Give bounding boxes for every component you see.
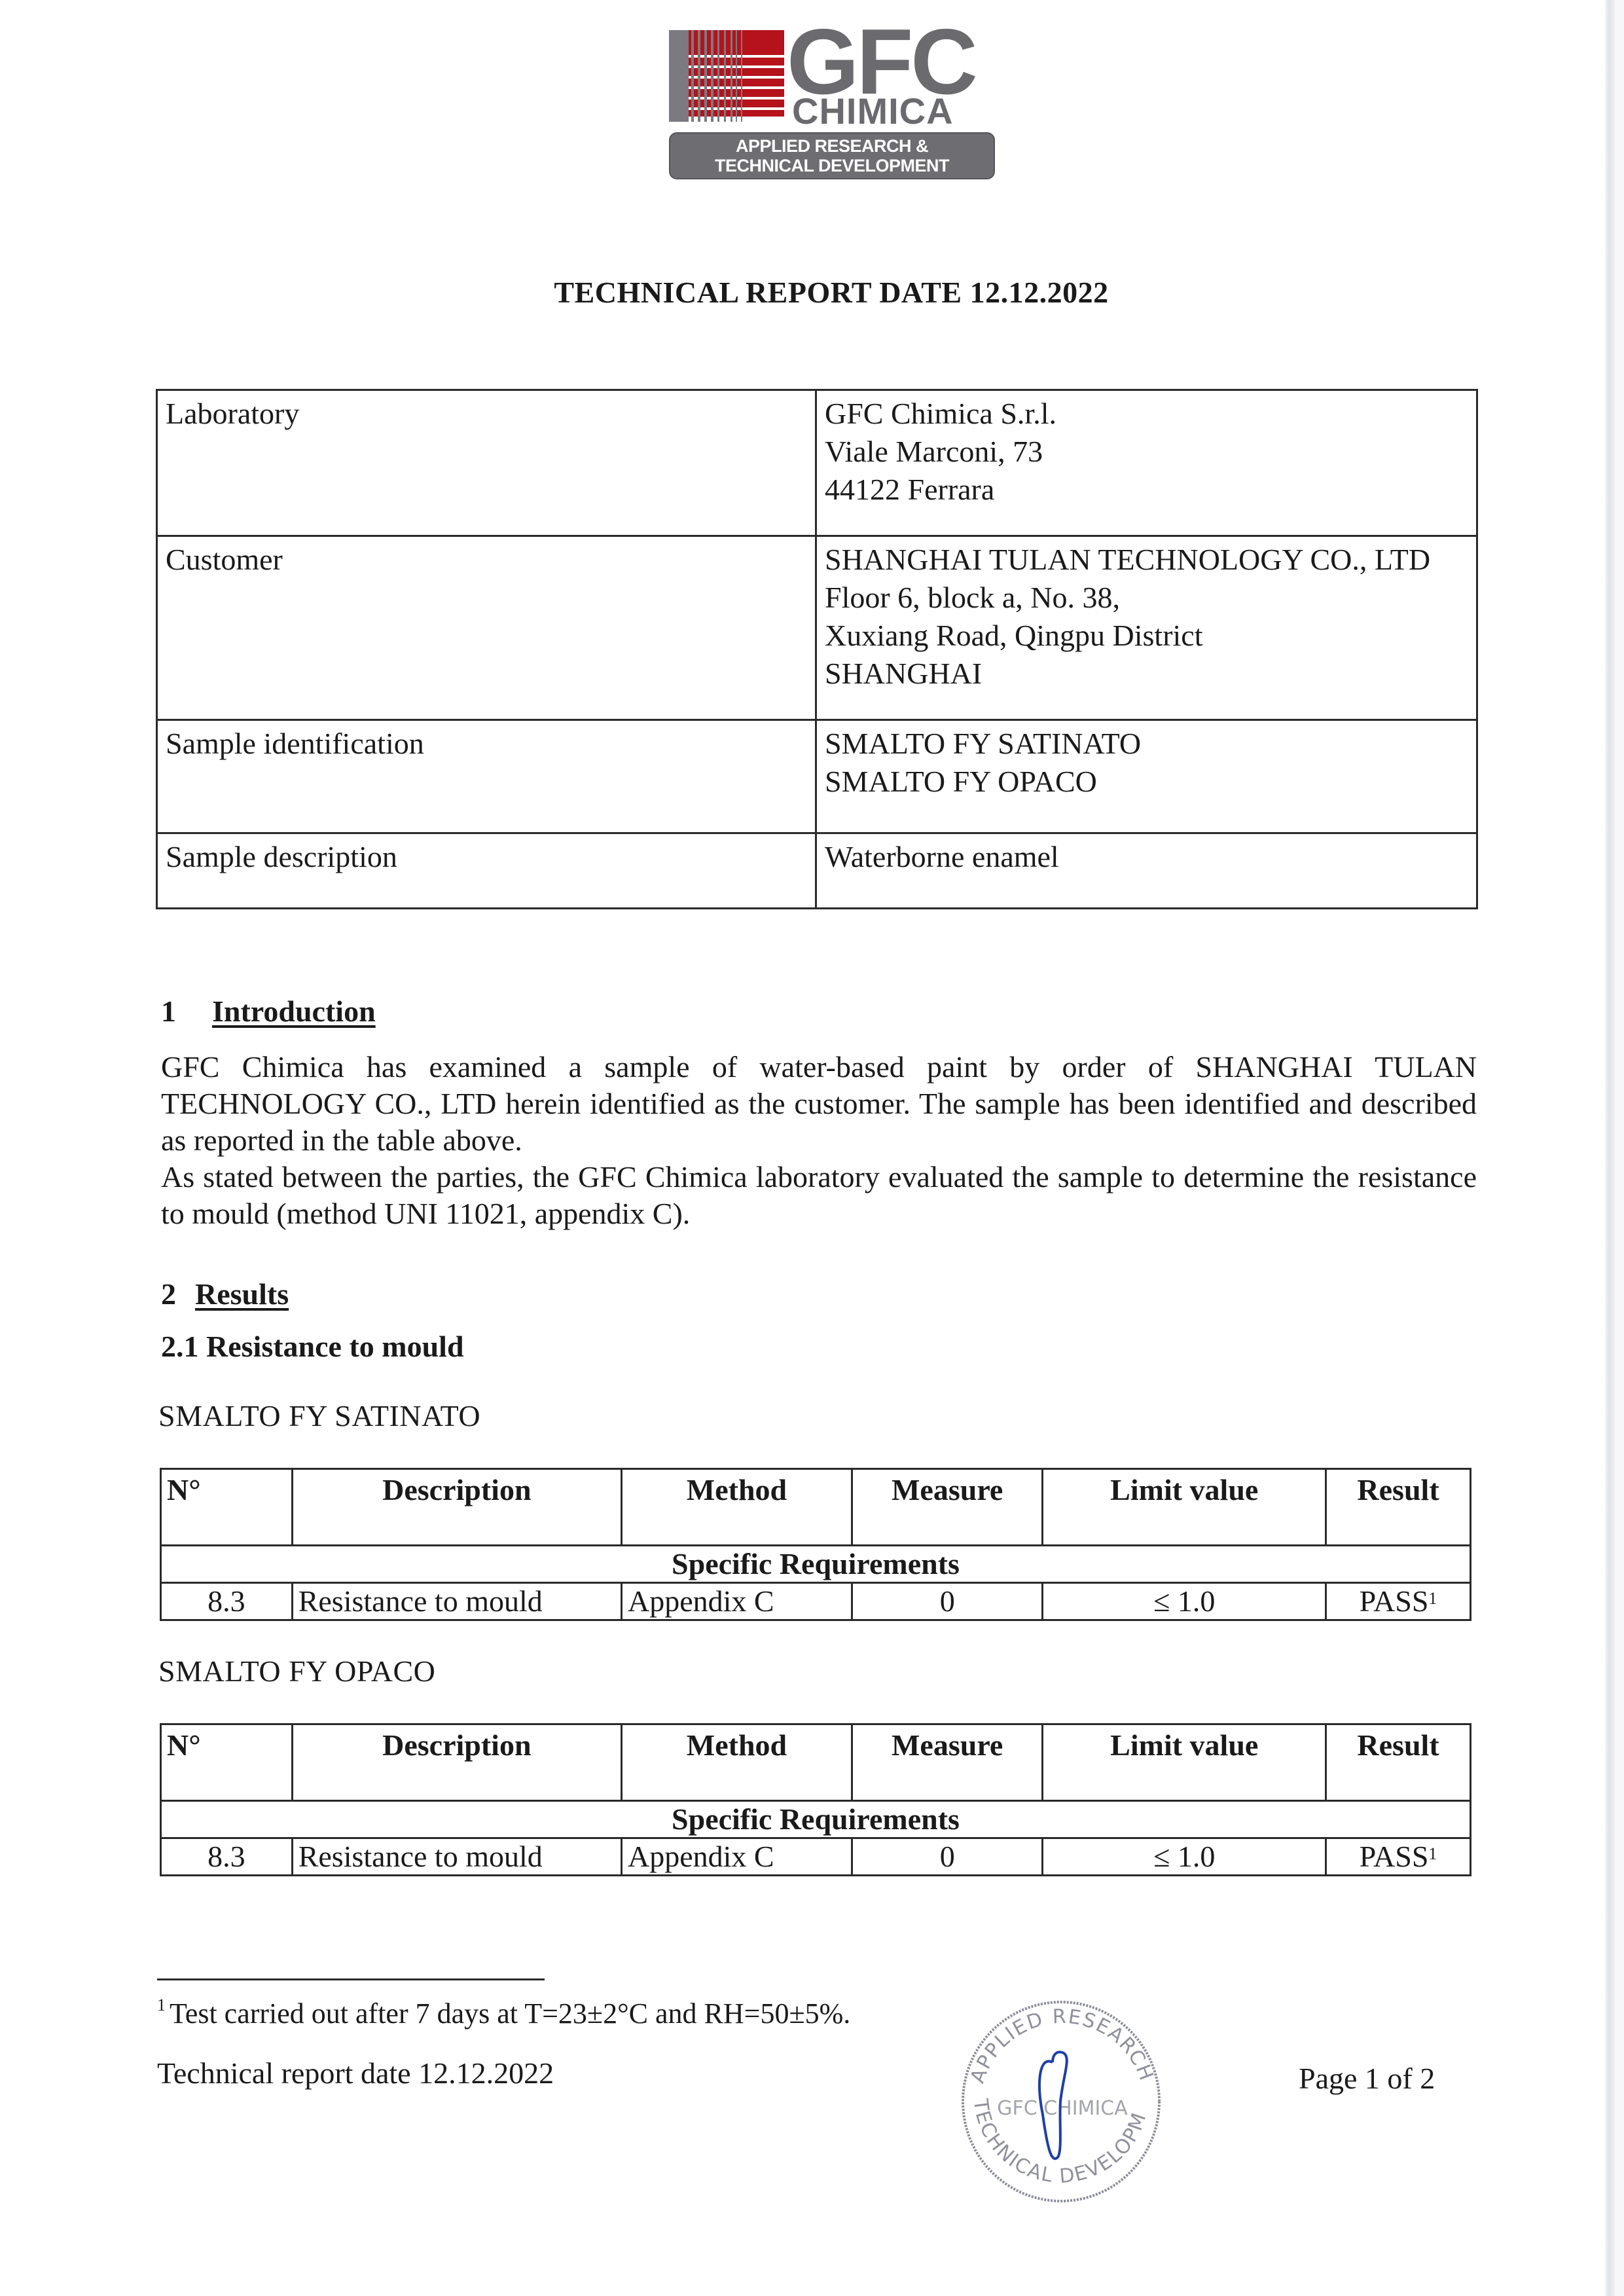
results-table-opaco: N° Description Method Measure Limit valu… xyxy=(160,1723,1471,1876)
info-line: Viale Marconi, 73 xyxy=(825,433,1468,471)
sample-label: SMALTO FY OPACO xyxy=(158,1654,435,1688)
section-title: Introduction xyxy=(212,994,376,1028)
group-row: Specific Requirements xyxy=(161,1546,1471,1583)
cell-limit: ≤ 1.0 xyxy=(1043,1838,1326,1876)
footer-date: Technical report date 12.12.2022 xyxy=(157,2056,554,2090)
col-header-method: Method xyxy=(621,1724,852,1801)
table-row: 8.3 Resistance to mould Appendix C 0 ≤ 1… xyxy=(161,1583,1471,1620)
scan-edge-artifact xyxy=(1605,0,1614,2296)
section-number: 1 xyxy=(161,994,212,1029)
scan-edge-margin xyxy=(1614,0,1624,2296)
logo-name: CHIMICA xyxy=(792,93,954,130)
info-line: SHANGHAI xyxy=(825,655,1468,693)
col-header-limit: Limit value xyxy=(1043,1724,1326,1801)
sample-label: SMALTO FY SATINATO xyxy=(158,1398,480,1433)
introduction-paragraph: As stated between the parties, the GFC C… xyxy=(161,1159,1477,1232)
info-row-customer: Customer SHANGHAI TULAN TECHNOLOGY CO., … xyxy=(157,536,1477,720)
group-label: Specific Requirements xyxy=(161,1801,1471,1838)
info-label: Laboratory xyxy=(157,390,816,536)
info-line: SMALTO FY SATINATO xyxy=(825,725,1468,763)
col-header-limit: Limit value xyxy=(1043,1469,1326,1546)
info-line: SHANGHAI TULAN TECHNOLOGY CO., LTD xyxy=(825,541,1468,579)
footnote-ref: 1 xyxy=(1428,1589,1437,1608)
introduction-text: GFC Chimica has examined a sample of wat… xyxy=(161,1049,1477,1232)
results-table-satinato: N° Description Method Measure Limit valu… xyxy=(160,1468,1471,1621)
cell-no: 8.3 xyxy=(161,1838,293,1876)
info-line: SMALTO FY OPACO xyxy=(825,763,1468,801)
cell-measure: 0 xyxy=(852,1583,1042,1620)
footnote-marker: 1 xyxy=(157,1995,166,2014)
footnote-text: Test carried out after 7 days at T=23±2°… xyxy=(170,1997,850,2030)
logo-tagline-line1: APPLIED RESEARCH & xyxy=(670,136,994,156)
col-header-measure: Measure xyxy=(852,1469,1042,1546)
company-logo: GFC CHIMICA APPLIED RESEARCH & TECHNICAL… xyxy=(669,30,996,179)
col-header-no: N° xyxy=(161,1724,293,1801)
report-info-table: Laboratory GFC Chimica S.r.l. Viale Marc… xyxy=(156,389,1478,909)
col-header-measure: Measure xyxy=(852,1724,1042,1801)
logo-mark-icon xyxy=(669,30,784,122)
section-heading-results: 2Results xyxy=(161,1277,289,1311)
svg-text:APPLIED RESEARCH: APPLIED RESEARCH xyxy=(966,2005,1158,2086)
cell-description: Resistance to mould xyxy=(292,1838,621,1876)
info-line: Waterborne enamel xyxy=(825,838,1468,876)
footnote: 1Test carried out after 7 days at T=23±2… xyxy=(157,1997,850,2030)
col-header-no: N° xyxy=(161,1469,293,1546)
info-row-sample-description: Sample description Waterborne enamel xyxy=(157,833,1477,909)
logo-tagline: APPLIED RESEARCH & TECHNICAL DEVELOPMENT xyxy=(669,132,995,179)
col-header-result: Result xyxy=(1326,1469,1471,1546)
info-label: Sample identification xyxy=(157,720,816,833)
info-value: SHANGHAI TULAN TECHNOLOGY CO., LTD Floor… xyxy=(816,536,1477,720)
info-label: Sample description xyxy=(157,833,816,909)
cell-result: PASS1 xyxy=(1326,1583,1471,1620)
results-header-row: N° Description Method Measure Limit valu… xyxy=(161,1724,1471,1801)
info-line: 44122 Ferrara xyxy=(825,471,1468,509)
info-line: GFC Chimica S.r.l. xyxy=(825,395,1468,433)
page-number: Page 1 of 2 xyxy=(1299,2061,1435,2096)
info-value: SMALTO FY SATINATO SMALTO FY OPACO xyxy=(816,720,1477,833)
info-row-laboratory: Laboratory GFC Chimica S.r.l. Viale Marc… xyxy=(157,390,1477,536)
info-value: GFC Chimica S.r.l. Viale Marconi, 73 441… xyxy=(816,390,1477,536)
cell-method: Appendix C xyxy=(621,1838,852,1876)
cell-no: 8.3 xyxy=(161,1583,293,1620)
info-row-sample-identification: Sample identification SMALTO FY SATINATO… xyxy=(157,720,1477,833)
table-row: 8.3 Resistance to mould Appendix C 0 ≤ 1… xyxy=(161,1838,1471,1876)
info-line: Xuxiang Road, Qingpu District xyxy=(825,617,1468,655)
section-heading-introduction: 1Introduction xyxy=(161,994,376,1029)
section-title: Results xyxy=(195,1277,289,1311)
col-header-result: Result xyxy=(1326,1724,1471,1801)
cell-method: Appendix C xyxy=(621,1583,852,1620)
company-stamp-icon: APPLIED RESEARCH TECHNICAL DEVELOPMENT G… xyxy=(948,1990,1174,2206)
cell-measure: 0 xyxy=(852,1838,1042,1876)
introduction-paragraph: GFC Chimica has examined a sample of wat… xyxy=(161,1049,1477,1159)
subsection-heading: 2.1 Resistance to mould xyxy=(161,1329,464,1364)
footnote-divider xyxy=(157,1978,545,1980)
group-label: Specific Requirements xyxy=(161,1546,1471,1583)
group-row: Specific Requirements xyxy=(161,1801,1471,1838)
col-header-description: Description xyxy=(292,1469,621,1546)
col-header-method: Method xyxy=(621,1469,852,1546)
footnote-ref: 1 xyxy=(1428,1844,1437,1863)
result-value: PASS xyxy=(1360,1584,1429,1618)
info-label: Customer xyxy=(157,536,816,720)
cell-result: PASS1 xyxy=(1326,1838,1471,1876)
svg-text:GFC CHIMICA: GFC CHIMICA xyxy=(997,2097,1128,2120)
section-number: 2 xyxy=(161,1277,195,1311)
info-value: Waterborne enamel xyxy=(816,833,1477,909)
result-value: PASS xyxy=(1360,1840,1429,1873)
report-title: TECHNICAL REPORT DATE 12.12.2022 xyxy=(0,275,1624,310)
logo-tagline-line2: TECHNICAL DEVELOPMENT xyxy=(670,156,994,175)
cell-description: Resistance to mould xyxy=(292,1583,621,1620)
results-header-row: N° Description Method Measure Limit valu… xyxy=(161,1469,1471,1546)
col-header-description: Description xyxy=(292,1724,621,1801)
info-line: Floor 6, block a, No. 38, xyxy=(825,579,1468,617)
cell-limit: ≤ 1.0 xyxy=(1043,1583,1326,1620)
